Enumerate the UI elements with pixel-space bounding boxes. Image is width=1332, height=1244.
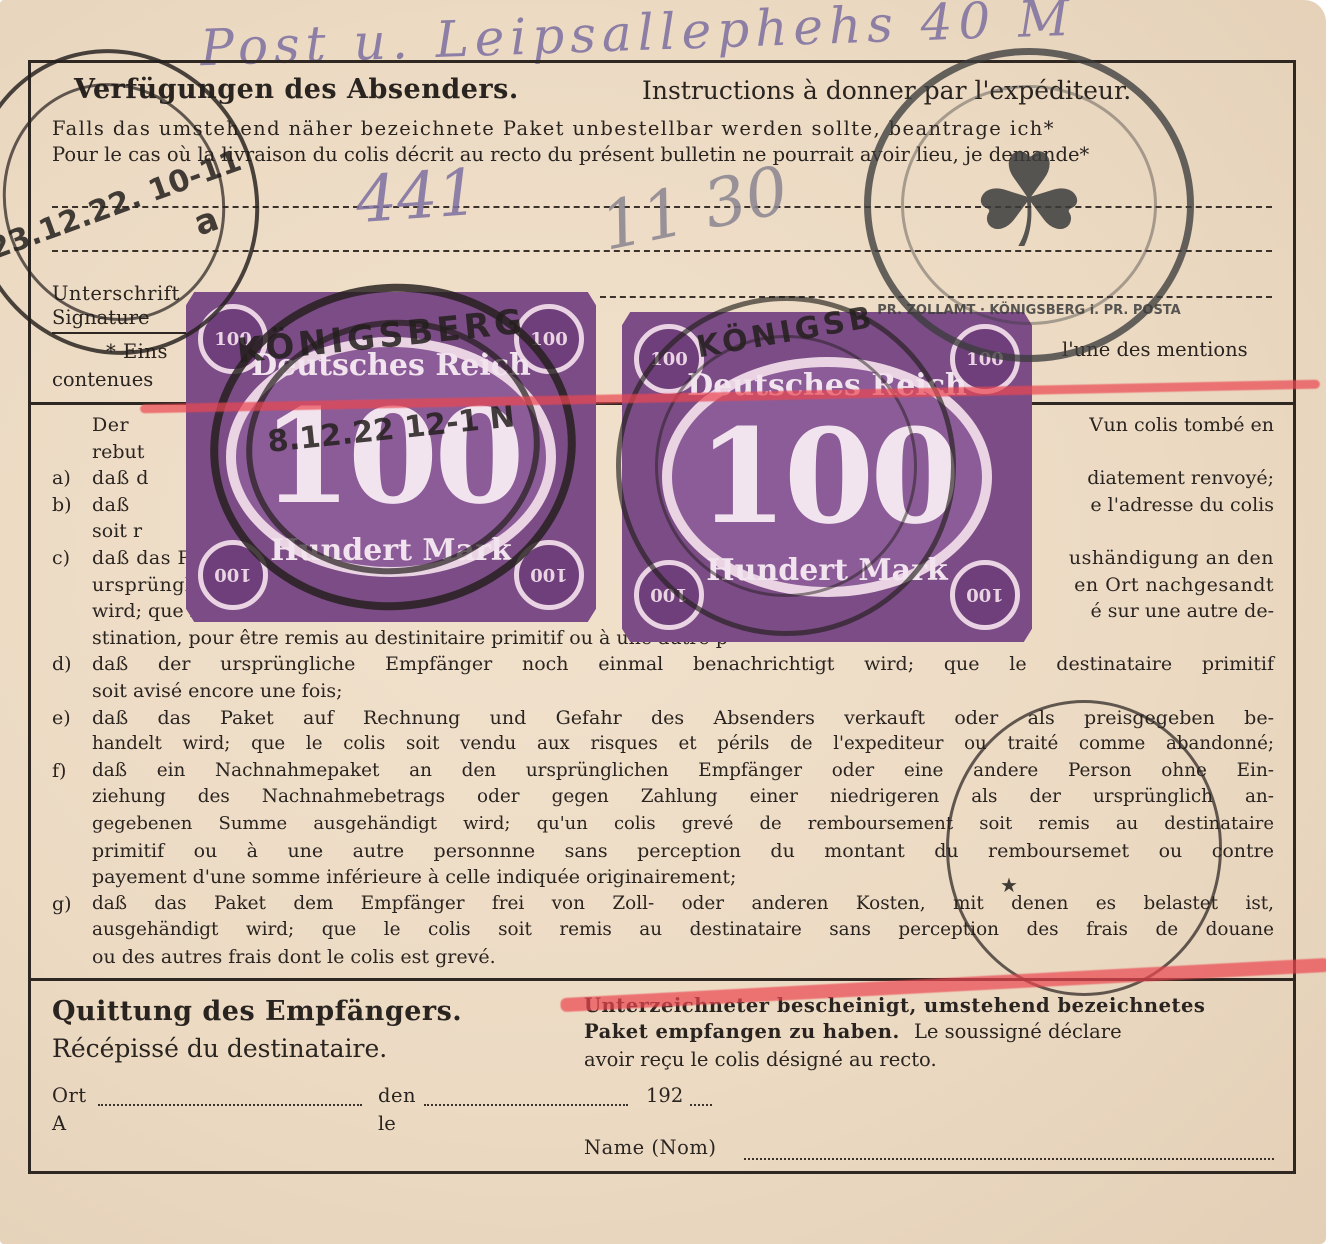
- place-label-de: Ort: [52, 1084, 87, 1107]
- customs-seal: ☘ PR. ZOLLAMT · KÖNIGSBERG i. PR. POSTA: [864, 48, 1194, 362]
- handwritten-number-441: 441: [354, 156, 481, 238]
- customs-seal-text: PR. ZOLLAMT · KÖNIGSBERG i. PR. POSTA: [871, 303, 1187, 318]
- eagle-icon: ☘: [871, 125, 1187, 277]
- receipt-declaration-line-2: Paket empfangen zu haben. Le soussigné d…: [584, 1020, 1122, 1043]
- receipt-declaration-fr-2: avoir reçu le colis désigné au recto.: [584, 1048, 937, 1071]
- year-prefix: 192: [646, 1084, 683, 1107]
- name-field[interactable]: [744, 1158, 1274, 1160]
- option-d: d) daß der ursprüngliche Empfänger noch …: [52, 651, 1274, 704]
- name-label: Name (Nom): [584, 1136, 716, 1159]
- date-field[interactable]: [424, 1104, 628, 1106]
- year-field[interactable]: [690, 1104, 712, 1106]
- receipt-title-de: Quittung des Empfängers.: [52, 996, 462, 1027]
- place-field[interactable]: [98, 1104, 362, 1106]
- place-label-fr: A: [52, 1112, 66, 1135]
- receipt-title-fr: Récépissé du destinataire.: [52, 1034, 387, 1063]
- options-intro-fr: un colis tombé en: [1103, 412, 1274, 439]
- date-label-de: den: [378, 1084, 416, 1107]
- footnote-fr-2: contenues: [52, 368, 153, 391]
- postmark-stamp-2: KÖNIGSB: [616, 296, 956, 636]
- postmark-bottom-right: ★: [946, 700, 1222, 996]
- date-label-fr: le: [378, 1112, 396, 1135]
- star-icon: ★: [799, 873, 1219, 897]
- parcel-card: Post u. Leipsallephehs 40 M Verfügungen …: [0, 0, 1326, 1244]
